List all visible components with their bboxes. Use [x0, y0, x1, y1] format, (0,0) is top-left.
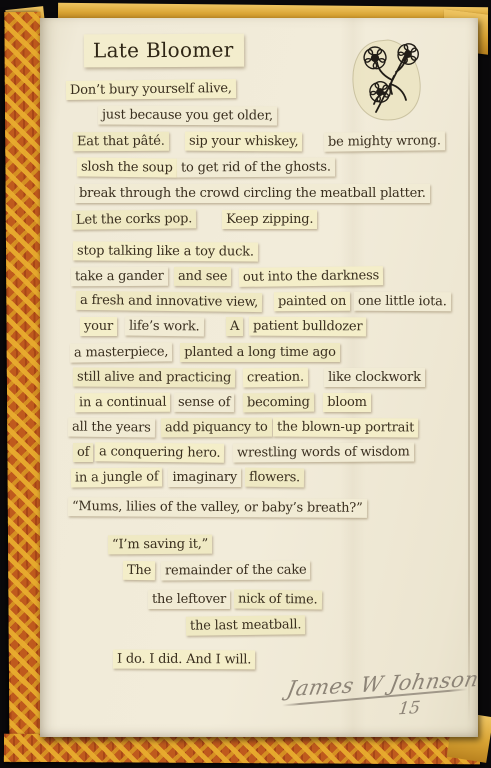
poem-snippet: out into the darkness [239, 266, 383, 287]
poem-line: in a jungle ofimaginaryflowers. [71, 466, 304, 487]
poem-snippet: stop talking like a toy duck. [73, 241, 258, 261]
poem-snippet: the last meatball. [186, 615, 306, 635]
poem-snippet: and see [174, 267, 231, 286]
poem-line: stop talking like a toy duck. [73, 240, 258, 261]
poem-line: “Mums, lilies of the valley, or baby’s b… [68, 496, 367, 517]
poem-line: a fresh and innovative view,painted onon… [76, 290, 451, 311]
poem-line: take a ganderand seeout into the darknes… [71, 265, 383, 286]
poem-line: Theremainder of the cake [123, 559, 311, 580]
signature: James W Johnson 15 [281, 665, 484, 735]
poem-snippet: imaginary [168, 468, 241, 487]
poem-snippet: life’s work. [125, 317, 204, 337]
poem-snippet: becoming [242, 393, 313, 413]
poem-snippet: Let the corks pop. [72, 209, 196, 230]
poem-snippet: of [73, 443, 93, 462]
poem-snippet: take a gander [71, 267, 168, 287]
poem-line: just because you get older, [98, 104, 277, 125]
poem-snippet: patient bulldozer [249, 317, 367, 337]
poem-snippet: the leftover [148, 590, 230, 609]
poem-line: still alive and practicingcreation.like … [73, 366, 425, 387]
poem-line: ofa conquering hero.wrestling words of w… [73, 441, 413, 462]
poem-snippet: the blown-up portrait [273, 418, 418, 438]
poem-snippet: sip your whiskey, [185, 132, 303, 152]
poem-line: break through the crowd circling the mea… [75, 182, 430, 203]
poem-snippet: bloom [323, 393, 370, 412]
poem-snippet: Don’t bury yourself alive, [66, 79, 236, 100]
poem-snippet: creation. [243, 368, 308, 388]
poem-line: slosh the soupto get rid of the ghosts. [77, 156, 334, 177]
poem-snippet: A [225, 317, 242, 336]
poem-snippet: flowers. [245, 468, 304, 488]
poem-snippet: “I’m saving it,” [108, 535, 212, 555]
poem-snippet: Keep zipping. [222, 210, 317, 229]
poem-snippet: painted on [274, 292, 350, 311]
poem-line: “I’m saving it,” [108, 533, 212, 554]
poem-snippet: a conquering hero. [95, 442, 225, 463]
poem-line: the last meatball. [186, 614, 305, 635]
poem-line: all the yearsadd piquancy tothe blown-up… [68, 416, 419, 437]
cover-bottom-edge [4, 734, 480, 764]
poem-snippet: still alive and practicing [73, 368, 235, 388]
poem-snippet: like clockwork [324, 368, 425, 387]
poem-snippet: be mighty wrong. [324, 131, 445, 151]
poem-line: Eat that pâté.sip your whiskey,be mighty… [73, 130, 445, 151]
poem-snippet: wrestling words of wisdom [233, 442, 414, 462]
poem-snippet: Eat that pâté. [73, 132, 169, 152]
poem-snippet: all the years [68, 417, 155, 437]
poem-snippet: a fresh and innovative view, [76, 291, 262, 312]
poem-line: in a continualsense ofbecomingbloom [75, 391, 371, 412]
poem-line: the leftovernick of time. [148, 588, 322, 609]
poem-snippet: planted a long time ago [180, 343, 340, 362]
poem-snippet: one little iota. [354, 292, 451, 312]
poem-snippet: The [123, 561, 155, 580]
poem-line: I do. I did. And I will. [113, 648, 255, 669]
poem-snippet: sense of [174, 393, 234, 412]
poem-line: yourlife’s work.Apatient bulldozer [80, 315, 366, 336]
poem-snippet: slosh the soup [77, 157, 177, 177]
poem-snippet: break through the crowd circling the mea… [75, 184, 430, 203]
poem-snippet: in a continual [75, 393, 170, 413]
poem-snippet: a masterpiece, [70, 342, 172, 362]
poem: Don’t bury yourself alive,just because y… [40, 18, 478, 737]
poem-snippet: remainder of the cake [161, 561, 311, 581]
poem-snippet: your [80, 317, 117, 336]
poem-snippet: in a jungle of [71, 467, 163, 487]
signature-number: 15 [397, 698, 421, 719]
poem-snippet: I do. I did. And I will. [113, 650, 255, 670]
poem-line: Let the corks pop.Keep zipping. [72, 208, 317, 229]
poem-line: a masterpiece,planted a long time ago [70, 341, 340, 362]
poem-snippet: nick of time. [234, 589, 322, 609]
poem-snippet: add piquancy to [161, 418, 272, 438]
book-page: Late Bloomer [40, 18, 478, 737]
poem-snippet: to get rid of the ghosts. [177, 158, 335, 178]
poem-snippet: “Mums, lilies of the valley, or baby’s b… [68, 497, 367, 518]
poem-snippet: just because you get older, [98, 105, 277, 125]
poem-line: Don’t bury yourself alive, [66, 78, 236, 99]
